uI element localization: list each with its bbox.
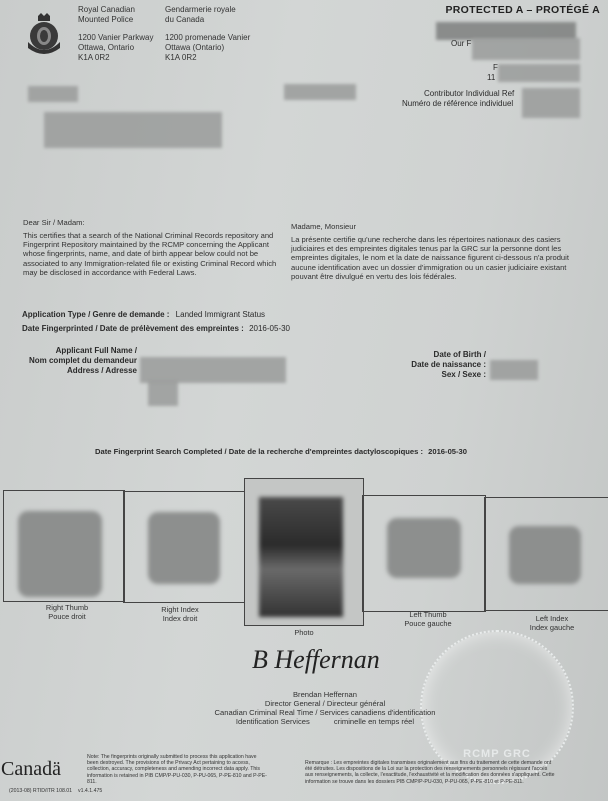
contributor-ref-en: Contributor Individual Ref [424, 89, 514, 99]
signatory-name: Brendan Heffernan [195, 690, 455, 699]
dob-sex-labels: Date of Birth / Date de naissance : Sex … [390, 350, 486, 380]
privacy-note-en: Note: The fingerprints originally submit… [87, 754, 267, 785]
applicant-name-label-fr: Nom complet du demandeur [24, 356, 137, 366]
redacted-date [284, 84, 356, 100]
left-index-print [509, 526, 581, 584]
signatory-title: Director General / Directeur général [195, 699, 455, 708]
redacted-our-file [472, 38, 580, 60]
photo-box [244, 478, 364, 626]
address-en-line3: K1A 0R2 [78, 53, 153, 63]
address-label: Address / Adresse [24, 366, 137, 376]
caption-right-thumb-fr: Pouce droit [27, 612, 107, 621]
address-en-line1: 1200 Vanier Parkway [78, 33, 153, 43]
caption-right-index: Right Index Index droit [140, 605, 220, 623]
caption-left-thumb: Left Thumb Pouce gauche [388, 610, 468, 628]
org-name-fr: Gendarmerie royale du Canada [165, 5, 236, 25]
right-thumb-box [3, 490, 125, 602]
salutation-fr: Madame, Monsieur [291, 222, 356, 231]
applicant-name-label-en: Applicant Full Name / [24, 346, 137, 356]
org-en-line2: Mounted Police [78, 15, 135, 25]
privacy-note-fr: Remarque : Les empreintes digitales tran… [305, 760, 555, 785]
search-completed-row: Date Fingerprint Search Completed / Date… [95, 447, 467, 457]
our-file-label: Our F [451, 39, 471, 49]
caption-left-index-fr: Index gauche [512, 623, 592, 632]
address-en-line2: Ottawa, Ontario [78, 43, 153, 53]
caption-left-thumb-en: Left Thumb [388, 610, 468, 619]
salutation-en: Dear Sir / Madam: [23, 218, 85, 227]
search-completed-label: Date Fingerprint Search Completed / Date… [95, 447, 423, 456]
left-thumb-box [362, 495, 486, 612]
applicant-photo [259, 497, 343, 617]
application-type-label: Application Type / Genre de demande : [22, 310, 169, 319]
redacted-dob-sex [490, 360, 538, 380]
caption-photo: Photo [264, 628, 344, 637]
org-en-line1: Royal Canadian [78, 5, 135, 15]
dob-label-fr: Date de naissance : [390, 360, 486, 370]
caption-left-index-en: Left Index [512, 614, 592, 623]
left-index-box [484, 497, 608, 611]
form-code: (2013-08) RTID/ITR 108.01 [9, 788, 72, 794]
redacted-recipient-address [44, 112, 222, 148]
applicant-labels: Applicant Full Name / Nom complet du dem… [24, 346, 137, 376]
seal-text: RCMP GRC [422, 748, 572, 760]
org-fr-line2: du Canada [165, 15, 236, 25]
redacted-address-extra [148, 380, 178, 406]
left-thumb-print [387, 518, 461, 578]
org-fr-line1: Gendarmerie royale [165, 5, 236, 15]
address-fr-line2: Ottawa (Ontario) [165, 43, 250, 53]
canada-wordmark: Canadä [1, 758, 61, 781]
caption-left-thumb-fr: Pouce gauche [388, 619, 468, 628]
redacted-contributor-ref [522, 88, 580, 118]
date-fingerprinted-label: Date Fingerprinted / Date de prélèvement… [22, 324, 244, 333]
right-index-print [148, 512, 220, 584]
signature: B Heffernan [252, 645, 380, 675]
dob-label-en: Date of Birth / [390, 350, 486, 360]
date-fingerprinted-row: Date Fingerprinted / Date de prélèvement… [22, 324, 290, 334]
application-type-row: Application Type / Genre de demande : La… [22, 310, 265, 320]
caption-right-index-fr: Index droit [140, 614, 220, 623]
caption-right-index-en: Right Index [140, 605, 220, 614]
caption-right-thumb: Right Thumb Pouce droit [27, 603, 107, 621]
body-en: This certifies that a search of the Nati… [23, 231, 283, 277]
signatory-dept-line2: Identification Services criminelle en te… [195, 717, 455, 726]
search-completed-value: 2016-05-30 [428, 447, 467, 456]
application-type-value: Landed Immigrant Status [176, 310, 265, 319]
form-version: v1.4.1.475 [78, 788, 102, 794]
caption-left-index: Left Index Index gauche [512, 614, 592, 632]
address-fr: 1200 promenade Vanier Ottawa (Ontario) K… [165, 33, 250, 63]
file-prefix: 11 [487, 73, 495, 83]
caption-right-thumb-en: Right Thumb [27, 603, 107, 612]
signatory-dept-line1: Canadian Criminal Real Time / Services c… [195, 708, 455, 717]
body-fr: La présente certifie qu'une recherche da… [291, 235, 591, 281]
date-fingerprinted-value: 2016-05-30 [249, 324, 290, 333]
sex-label: Sex / Sexe : [390, 370, 486, 380]
right-index-box [123, 491, 246, 603]
address-en: 1200 Vanier Parkway Ottawa, Ontario K1A … [78, 33, 153, 63]
dept-line2-en: Identification Services [236, 717, 310, 726]
address-fr-line1: 1200 promenade Vanier [165, 33, 250, 43]
dept-line2-fr: criminelle en temps réel [334, 717, 414, 726]
contributor-ref-fr: Numéro de référence individuel [402, 99, 513, 109]
rcmp-crest-icon [24, 12, 64, 56]
org-name-en: Royal Canadian Mounted Police [78, 5, 135, 25]
signatory-block: Brendan Heffernan Director General / Dir… [195, 690, 455, 726]
redacted-file-number [498, 64, 580, 82]
right-thumb-print [18, 511, 102, 597]
redacted-recipient-line1 [28, 86, 78, 102]
address-fr-line3: K1A 0R2 [165, 53, 250, 63]
classification-label: PROTECTED A – PROTÉGÉ A [446, 4, 601, 16]
